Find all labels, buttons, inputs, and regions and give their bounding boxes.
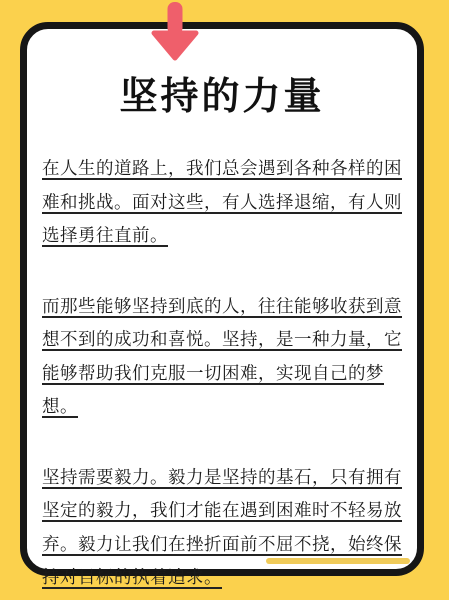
page-title: 坚持的力量 [27,77,417,117]
paragraph-3: 坚持需要毅力。毅力是坚持的基石，只有拥有坚定的毅力，我们才能在遇到困难时不轻易放… [42,461,405,595]
yellow-highlight-bar [266,558,410,564]
note-page: 坚持的力量 在人生的道路上，我们总会遇到各种各样的困难和挑战。面对这些，有人选择… [0,0,449,600]
paragraph-1: 在人生的道路上，我们总会遇到各种各样的困难和挑战。面对这些，有人选择退缩，有人则… [42,152,405,253]
paragraph-2: 而那些能够坚持到底的人，往往能够收获到意想不到的成功和喜悦。坚持，是一种力量，它… [42,290,405,424]
body-text: 在人生的道路上，我们总会遇到各种各样的困难和挑战。面对这些，有人选择退缩，有人则… [27,117,417,595]
down-arrow-icon [151,0,199,62]
note-card: 坚持的力量 在人生的道路上，我们总会遇到各种各样的困难和挑战。面对这些，有人选择… [20,22,424,576]
